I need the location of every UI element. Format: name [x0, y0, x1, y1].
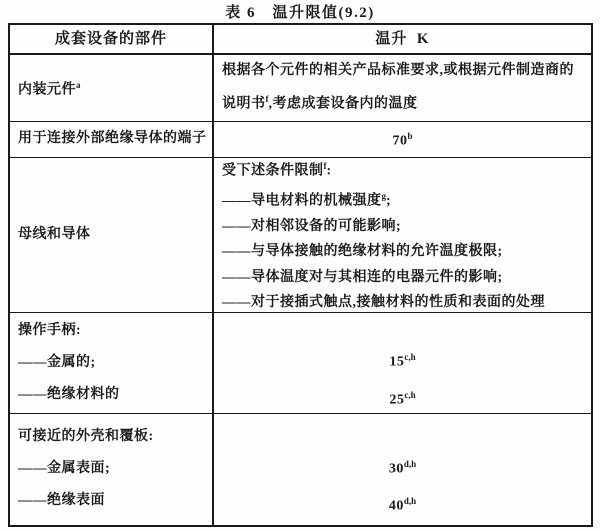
- table-row-accessible-enclosures: 可接近的外壳和覆板:——金属表面;——绝缘表面 30d,h40d,h: [10, 414, 591, 525]
- table-row-external-terminals: 用于连接外部绝缘导体的端子 70b: [10, 122, 591, 158]
- text-segment: :: [327, 163, 332, 178]
- text-line: 说明书f,考虑成套设备内的温度: [222, 85, 583, 119]
- text-segment: 操作手柄:: [18, 323, 81, 338]
- superscript-note-ref: d,h: [404, 459, 416, 469]
- text-segment: ;: [386, 193, 391, 208]
- text-segment: ——导体温度对与其相连的电器元件的影响;: [222, 270, 503, 285]
- text-segment: 内装元件: [18, 83, 76, 98]
- superscript-note-ref: c,h: [404, 352, 415, 362]
- text-line: 受下述条件限制f:: [222, 158, 583, 184]
- text-segment: 用于连接外部绝缘导体的端子: [18, 131, 207, 146]
- text-line: 可接近的外壳和覆板:: [18, 421, 204, 453]
- text-segment: 根据各个元件的相关产品标准要求,或根据元件制造商的: [222, 63, 574, 78]
- text-line: ——金属的;: [18, 347, 204, 379]
- value-cell: 70b: [214, 122, 591, 157]
- text-line: ——导体温度对与其相连的电器元件的影响;: [222, 265, 583, 291]
- text-line: 15c,h: [222, 341, 583, 379]
- text-segment: 70: [392, 134, 407, 149]
- value-cell: 15c,h25c,h: [214, 313, 591, 413]
- header-cell-part: 成套设备的部件: [10, 25, 214, 53]
- text-segment: 母线和导体: [18, 227, 91, 242]
- superscript-note-ref: b: [407, 131, 412, 141]
- header-part-label: 成套设备的部件: [18, 27, 204, 51]
- text-line: ——绝缘表面: [18, 485, 204, 517]
- text-line: 操作手柄:: [18, 315, 204, 347]
- text-line: 内装元件a: [18, 71, 204, 105]
- table-row-busbars-conductors: 母线和导体 受下述条件限制f:——导电材料的机械强度g;——对相邻设备的可能影响…: [10, 158, 591, 313]
- header-temperature-rise-label: 温升 K: [222, 27, 583, 51]
- text-segment: 说明书: [222, 97, 266, 112]
- table-caption: 表 6 温升限值(9.2): [0, 1, 600, 22]
- value-cell: 根据各个元件的相关产品标准要求,或根据元件制造商的说明书f,考虑成套设备内的温度: [214, 55, 591, 121]
- temperature-rise-limits-table: 成套设备的部件 温升 K 内装元件a 根据各个元件的相关产品标准要求,或根据元件…: [8, 23, 593, 527]
- value-cell: 受下述条件限制f:——导电材料的机械强度g;——对相邻设备的可能影响;——与导体…: [214, 158, 591, 312]
- text-line: ——对于接插式触点,接触材料的性质和表面的处理: [222, 290, 583, 311]
- part-cell: 用于连接外部绝缘导体的端子: [10, 122, 214, 157]
- value-cell: 30d,h40d,h: [214, 414, 591, 525]
- text-line: 用于连接外部绝缘导体的端子: [18, 128, 204, 150]
- table-header-row: 成套设备的部件 温升 K: [10, 25, 591, 55]
- text-line: 25c,h: [222, 379, 583, 413]
- text-segment: ——金属表面;: [18, 461, 110, 476]
- table-row-built-in-components: 内装元件a 根据各个元件的相关产品标准要求,或根据元件制造商的说明书f,考虑成套…: [10, 55, 591, 122]
- document-page: 表 6 温升限值(9.2) 成套设备的部件 温升 K 内装元件a 根据各个元件的…: [0, 0, 600, 530]
- text-line: ——金属表面;: [18, 453, 204, 485]
- text-segment: 受下述条件限制: [222, 163, 324, 178]
- superscript-note-ref: c,h: [404, 390, 415, 400]
- part-cell: 操作手柄:——金属的;——绝缘材料的: [10, 313, 214, 413]
- text-segment: ——金属的;: [18, 355, 96, 370]
- text-segment: ——与导体接触的绝缘材料的允许温度极限;: [222, 244, 503, 259]
- part-cell: 可接近的外壳和覆板:——金属表面;——绝缘表面: [10, 414, 214, 525]
- text-line: 30d,h: [222, 448, 583, 486]
- text-line: 母线和导体: [18, 222, 204, 248]
- text-line: 根据各个元件的相关产品标准要求,或根据元件制造商的: [222, 57, 583, 85]
- text-line: 40d,h: [222, 485, 583, 523]
- text-line: ——绝缘材料的: [18, 379, 204, 411]
- header-cell-temperature-rise: 温升 K: [214, 25, 591, 53]
- text-segment: 30: [389, 461, 404, 476]
- text-segment: ——绝缘材料的: [18, 387, 120, 402]
- text-segment: ,考虑成套设备内的温度: [269, 97, 418, 112]
- text-line: [222, 416, 583, 448]
- text-segment: ——绝缘表面: [18, 493, 105, 508]
- text-segment: 可接近的外壳和覆板:: [18, 429, 154, 444]
- text-line: ——导电材料的机械强度g;: [222, 184, 583, 214]
- text-segment: ——对于接插式触点,接触材料的性质和表面的处理: [222, 295, 545, 310]
- superscript-note-ref: d,h: [404, 496, 416, 506]
- superscript-note-ref: a: [76, 80, 81, 90]
- table-row-operating-handles: 操作手柄:——金属的;——绝缘材料的 15c,h25c,h: [10, 313, 591, 414]
- part-cell: 内装元件a: [10, 55, 214, 121]
- text-segment: 40: [389, 499, 404, 514]
- text-segment: 25: [389, 392, 404, 407]
- text-line: 70b: [222, 125, 583, 153]
- text-segment: 15: [389, 355, 404, 370]
- text-line: ——对相邻设备的可能影响;: [222, 214, 583, 240]
- text-line: ——与导体接触的绝缘材料的允许温度极限;: [222, 239, 583, 265]
- text-segment: ——对相邻设备的可能影响;: [222, 219, 401, 234]
- part-cell: 母线和导体: [10, 158, 214, 312]
- text-segment: ——导电材料的机械强度: [222, 193, 382, 208]
- text-line: [222, 313, 583, 341]
